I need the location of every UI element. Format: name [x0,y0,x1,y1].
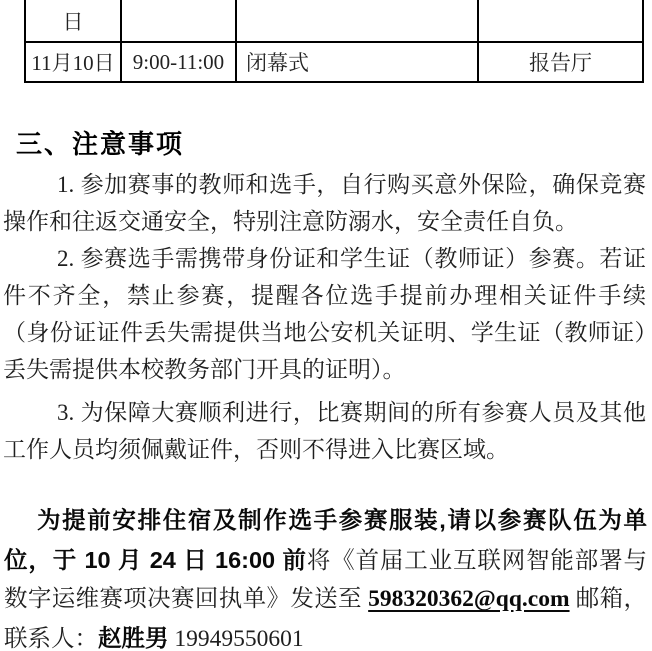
schedule-table: 日 11月10日 9:00-11:00 闭幕式 报告厅 [24,0,644,83]
table-cell-date: 11月10日 [25,42,121,82]
table-cell-empty [478,0,643,42]
table-cell-time: 9:00-11:00 [121,42,236,82]
paragraph-credentials: 2. 参赛选手需携带身份证和学生证（教师证）参赛。若证件不齐全，禁止参赛，提醒各… [0,240,652,388]
table-row: 日 [25,0,643,42]
contact-phone: 19949550601 [169,626,304,651]
table-cell-date-partial: 日 [25,0,121,42]
contact-name: 赵胜男 [98,625,169,651]
table-row: 11月10日 9:00-11:00 闭幕式 报告厅 [25,42,643,82]
notice-paragraph: 为提前安排住宿及制作选手参赛服装,请以参赛队伍为单位，于 10 月 24 日 1… [0,501,652,651]
table-cell-empty [121,0,236,42]
table-cell-event: 闭幕式 [236,42,478,82]
paragraph-badges: 3. 为保障大赛顺利进行，比赛期间的所有参赛人员及其他工作人员均须佩戴证件，否则… [0,394,652,468]
document-page: 日 11月10日 9:00-11:00 闭幕式 报告厅 三、注意事项 1. 参加… [0,0,652,651]
section-heading: 三、注意事项 [16,129,652,159]
paragraph-insurance: 1. 参加赛事的教师和选手，自行购买意外保险，确保竞赛操作和往返交通安全，特别注… [0,166,652,240]
table-cell-empty [236,0,478,42]
email-link[interactable]: 598320362@qq.com [368,586,569,612]
table-cell-venue: 报告厅 [478,42,643,82]
